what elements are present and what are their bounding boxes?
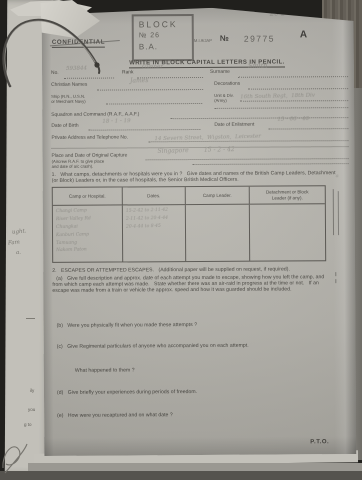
- field-christian-names-label: Christian Names: [51, 83, 87, 89]
- header-camp-or-hospital: Camp or Hospital.: [53, 187, 123, 204]
- dotted-line: [240, 100, 348, 102]
- photo-of-scanned-form: ught. Fam a. ily you g to 26-2 BLOCK № 2…: [0, 0, 362, 480]
- dotted-line: [146, 158, 349, 160]
- block-number-value: 26: [150, 32, 160, 39]
- field-no-label: No.: [51, 71, 59, 77]
- margin-bracket-line: [333, 189, 334, 235]
- margin-handwriting-fragment: ught.: [12, 228, 27, 235]
- header-text: Dates.: [147, 193, 160, 199]
- handwritten-camp-entry: Nakom Paton: [56, 247, 87, 256]
- cell-date-entries: 15-2-42 to 2-11-42 2-11-42 to 20-4-44 20…: [123, 205, 186, 261]
- margin-typed-fragment: g to: [24, 422, 32, 427]
- ref-code: M.I.9/JAP: [194, 39, 212, 44]
- margin-bracket-line: [338, 191, 339, 235]
- field-dob-label: Date of Birth: [51, 124, 78, 130]
- handwritten-rank: Gunner: [142, 64, 163, 70]
- pto-label: P.T.O.: [310, 439, 329, 446]
- stamp-ba: B.A.: [139, 42, 187, 51]
- dotted-line: [88, 129, 200, 131]
- dotted-line: [214, 107, 348, 109]
- instruction-header: WRITE IN BLOCK CAPITAL LETTERS IN PENCIL…: [112, 59, 302, 67]
- dotted-line: [268, 128, 348, 129]
- capture-note-line2: and date of a/c crash).: [52, 165, 94, 170]
- numero-symbol: №: [220, 34, 229, 43]
- header-text: Camp Leader.: [203, 193, 232, 199]
- margin-dash: [26, 318, 35, 319]
- cell-detachment-leader-empty: [250, 204, 325, 260]
- question2c-what-happened: What happened to them ?: [75, 368, 135, 374]
- question2e: (e) How were you recaptured and on what …: [57, 413, 173, 420]
- dotted-line: [238, 76, 348, 78]
- handwritten-service-no: 593844: [66, 65, 87, 71]
- header-text: Leader (if any).: [272, 195, 303, 201]
- question1-line2: (or Block) Leaders or, in the case of ho…: [52, 178, 239, 185]
- handwritten-capture: Singapore 15 - 2 - 42: [157, 146, 234, 155]
- cell-camp-leader-empty: [186, 205, 250, 261]
- field-ship-label-line2: or Merchant Navy): [51, 100, 85, 105]
- pencil-a-mark: a: [336, 173, 339, 179]
- grade-stamp: A: [300, 29, 307, 41]
- question2a-line3: escape was made from a train or vehicle …: [52, 287, 291, 294]
- margin-handwriting-fragment: Fam: [8, 239, 20, 246]
- field-address-label: Private Address and Telephone No.: [51, 135, 128, 141]
- margin-typed-fragment: you: [28, 407, 35, 412]
- handwritten-date-entry: 20-4-44 to 8-45: [126, 223, 161, 232]
- question2-heading: 2. ESCAPES OR ATTEMPTED ESCAPES. (Additi…: [52, 267, 290, 274]
- questionnaire-form-page: 26-2 BLOCK № 26 B.A. CONFIDENTIAL M.I.9/…: [42, 5, 357, 456]
- field-surname-label: Surname: [210, 70, 230, 76]
- field-rank-label: Rank: [122, 70, 133, 76]
- handwritten-date-of-enlistment: 15 - 06 - 40: [277, 116, 309, 123]
- dotted-line: [64, 78, 114, 79]
- handwritten-date-of-birth: 18 - 1 - 19: [102, 118, 130, 125]
- dotted-line: [106, 103, 202, 105]
- handwritten-camp-entry: Chungkai: [56, 223, 78, 231]
- handwritten-camp-entry: Kanburi Camp: [56, 231, 89, 240]
- field-unit-div-label-line2: (Army): [214, 99, 227, 104]
- dotted-line: [248, 88, 348, 90]
- header-camp-leader: Camp Leader.: [186, 187, 250, 204]
- dotted-line: [170, 117, 348, 119]
- question2c: (c) Give Regimental particulars of anyon…: [57, 344, 249, 351]
- margin-handwriting-fragment: a.: [16, 250, 21, 256]
- handwritten-date-entry: 2-11-42 to 20-4-44: [126, 215, 168, 224]
- pencil-corner-note: 26-2: [270, 9, 286, 17]
- block-number-stamp: BLOCK № 26 B.A.: [132, 14, 194, 61]
- handwritten-camp-entry: River Valley Rd: [56, 215, 91, 224]
- cell-camp-entries: Changi Camp River Valley Rd Chungkai Kan…: [53, 205, 123, 261]
- page-stack-bottom-edge-3: [0, 471, 362, 480]
- handwritten-unit-div: 16th South Regt, 18th Div: [240, 93, 315, 101]
- header-detachment-leader: Detachment or Block Leader (if any).: [250, 186, 325, 203]
- handwritten-surname: Smith: [248, 61, 268, 69]
- dotted-line: [193, 163, 349, 165]
- dotted-line: [97, 89, 203, 91]
- margin-tick: [335, 272, 336, 276]
- margin-tick: [335, 279, 336, 283]
- camps-table: Camp or Hospital. Dates. Camp Leader. De…: [52, 185, 326, 263]
- field-decorations-label: Decorations: [214, 82, 240, 88]
- camps-table-header-row: Camp or Hospital. Dates. Camp Leader. De…: [53, 186, 325, 206]
- question2b: (b) Were you physically fit when you mad…: [57, 323, 198, 330]
- numero-glyph: №: [139, 32, 148, 39]
- header-dates: Dates.: [123, 187, 186, 204]
- margin-typed-fragment: ily: [30, 388, 34, 393]
- field-enlistment-label: Date of Enlistment: [214, 123, 254, 129]
- stamp-block-word: BLOCK: [139, 19, 187, 29]
- header-text: Camp or Hospital.: [69, 193, 106, 199]
- camps-table-body-row: Changi Camp River Valley Rd Chungkai Kan…: [53, 204, 325, 262]
- handwritten-christian-names: James: [130, 77, 148, 84]
- question2d: (d) Give briefly your experiences during…: [57, 390, 197, 397]
- serial-number: 29775: [244, 35, 275, 45]
- stamp-block-number: № 26: [139, 32, 187, 39]
